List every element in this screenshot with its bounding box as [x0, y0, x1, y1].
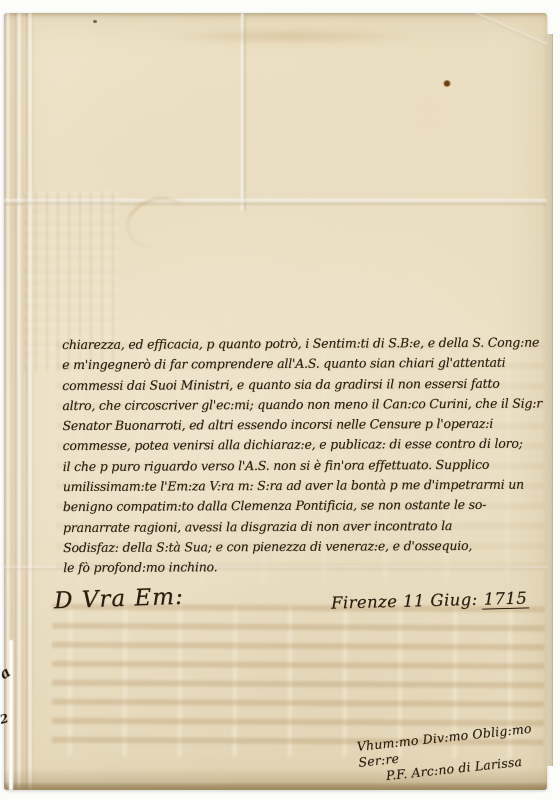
letter-line: Senator Buonarroti, ed altri essendo inc…	[62, 414, 547, 437]
second-sheet-edge	[547, 34, 553, 766]
letter-line: Sodisfaz: della S:tà Sua; e con pienezza…	[63, 535, 547, 558]
letter-page: chiarezza, ed efficacia, p quanto potrò,…	[4, 13, 547, 790]
speck	[93, 20, 97, 23]
dateline-place-date: Firenze 11 Giug:	[331, 590, 478, 613]
corner-crease	[462, 13, 547, 47]
paper-bottom-edge	[4, 783, 547, 790]
ink-spot	[443, 80, 451, 87]
letter-line: commessi dai Suoi Ministri, e quanto sia…	[62, 373, 547, 396]
letter-line: le fò profond:mo inchino.	[63, 556, 547, 579]
paper-top-edge	[4, 13, 547, 17]
letter-line: umilissimam:te l'Em:za V:ra m: S:ra ad a…	[63, 475, 547, 498]
letter-line: pranarrate ragioni, avessi la disgrazia …	[63, 515, 547, 538]
dateline: Firenze 11 Giug:1715	[331, 588, 530, 612]
dateline-year: 1715	[481, 588, 529, 609]
letter-body: chiarezza, ed efficacia, p quanto potrò,…	[62, 332, 547, 578]
letter-line: benigno compatim:to dalla Clemenza Ponti…	[63, 495, 547, 518]
scanned-letter-image: chiarezza, ed efficacia, p quanto potrò,…	[0, 0, 560, 800]
stain-band	[162, 28, 420, 45]
letter-line: chiarezza, ed efficacia, p quanto potrò,…	[62, 332, 547, 355]
letter-line: commesse, potea venirsi alla dichiaraz:e…	[63, 434, 547, 457]
letter-line: e m'ingegnerò di far comprendere all'A.S…	[62, 353, 547, 376]
page-gap	[9, 640, 13, 790]
letter-line: altro, che circoscriver gl'ec:mi; quando…	[62, 393, 547, 416]
closing-abbreviation: D Vra Em:	[54, 584, 185, 615]
letter-line: il che p puro riguardo verso l'A.S. non …	[63, 454, 547, 477]
